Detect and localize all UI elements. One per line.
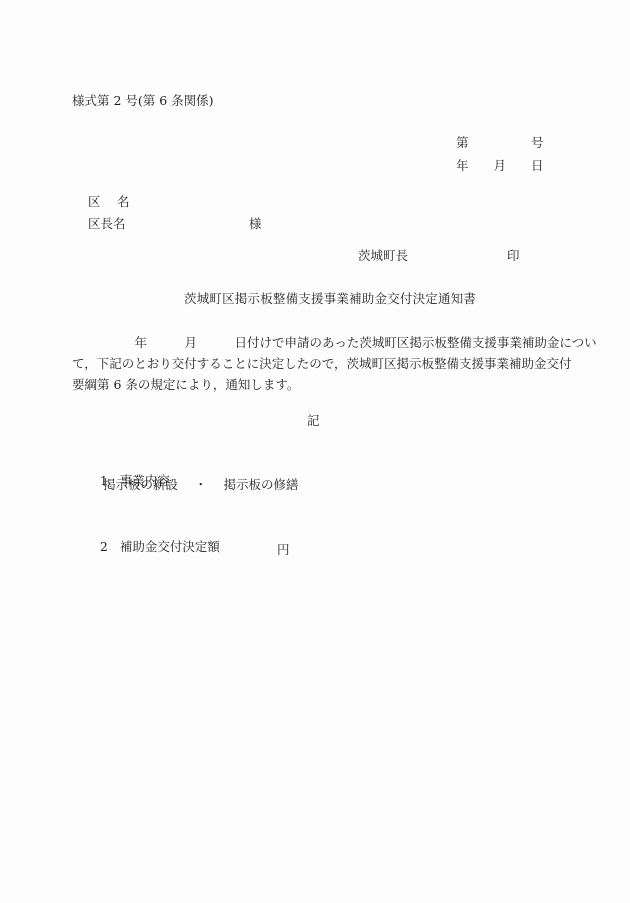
item-1-detail: 掲示板の新設 ・ 掲示板の修繕 [103,475,298,495]
item-2-number: 2 [100,539,108,554]
body-line-3: 要綱第 6 条の規定により，通知します。 [72,374,584,395]
district-chief-label: 区長名 [88,214,126,234]
form-number: 様式第 2 号(第 6 条関係) [72,91,214,111]
item-2-label: 補助金交付決定額 [120,539,220,554]
document-title: 茨城町区掲示板整備支援事業補助金交付決定通知書 [184,289,476,309]
district-name-label: 区 名 [88,192,129,212]
item-2-amount-unit: 円 [277,540,290,560]
body-paragraph: 年 月 日付けで申請のあった茨城町区掲示板整備支援事業補助金につい て，下記のと… [72,332,584,395]
seal-placeholder: 印 [507,246,520,266]
body-line-1: 年 月 日付けで申請のあった茨城町区掲示板整備支援事業補助金につい [72,332,584,353]
sender-name: 茨城町長 [358,246,408,266]
date-line: 年 月 日 [456,156,544,176]
record-marker: 記 [307,411,320,431]
body-line-2: て，下記のとおり交付することに決定したので，茨城町区掲示板整備支援事業補助金交付 [72,353,584,374]
honorific-sama: 様 [249,214,262,234]
document-page: 様式第 2 号(第 6 条関係) 第 号 年 月 日 区 名 区長名 様 茨城町… [0,0,630,903]
item-2-heading: 2補助金交付決定額 [84,517,220,577]
doc-number-line: 第 号 [456,133,544,153]
